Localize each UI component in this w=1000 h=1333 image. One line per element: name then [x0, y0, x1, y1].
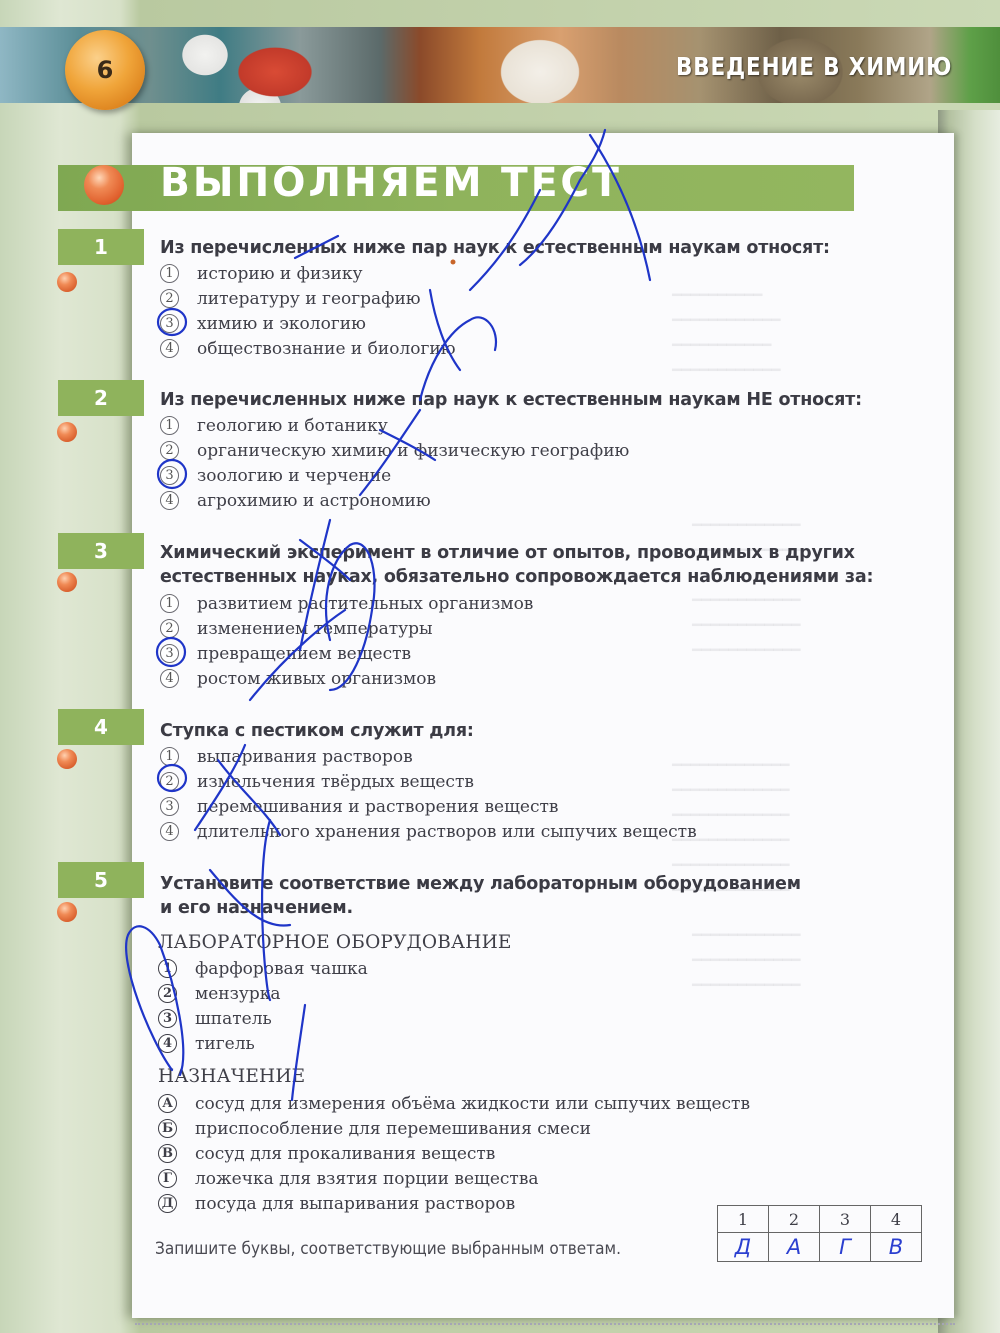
orange-ball-icon	[57, 749, 77, 769]
question-5-line-2: и его назначением.	[160, 896, 890, 920]
option-3[interactable]: 3превращением веществ	[160, 641, 533, 666]
purpose-heading: НАЗНАЧЕНИЕ	[158, 1066, 305, 1087]
item-marker: Г	[158, 1169, 177, 1188]
option-marker: 3	[160, 466, 179, 485]
option-marker: 2	[160, 441, 179, 460]
option-text: измельчения твёрдых веществ	[197, 772, 474, 792]
question-1-text: Из перечисленных ниже пар наук к естеств…	[160, 236, 890, 260]
option-text: агрохимию и астрономию	[197, 491, 431, 511]
option-text: перемешивания и растворения веществ	[197, 797, 558, 817]
option-marker: 4	[160, 822, 179, 841]
answer-table: 1 2 3 4 Д А Г В	[717, 1205, 922, 1262]
option-text: выпаривания растворов	[197, 747, 413, 767]
option-text: зоологию и черчение	[197, 466, 391, 486]
option-marker: 3	[160, 314, 179, 333]
question-number-1: 1	[58, 229, 144, 265]
equipment-item-3: 3шпатель	[158, 1006, 368, 1031]
question-3-text: Химический эксперимент в отличие от опыт…	[160, 541, 890, 589]
option-marker: 2	[160, 289, 179, 308]
purpose-list: Асосуд для измерения объёма жидкости или…	[158, 1091, 750, 1216]
option-marker: 1	[160, 594, 179, 613]
item-text: сосуд для измерения объёма жидкости или …	[195, 1094, 750, 1114]
equipment-item-4: 4тигель	[158, 1031, 368, 1056]
question-number-2: 2	[58, 380, 144, 416]
item-marker: 3	[158, 1009, 177, 1028]
answer-table-input-row: Д А Г В	[718, 1233, 922, 1262]
option-1[interactable]: 1выпаривания растворов	[160, 744, 697, 769]
question-4-text: Ступка с пестиком служит для:	[160, 719, 890, 743]
orange-ball-icon	[57, 902, 77, 922]
purpose-item-a: Асосуд для измерения объёма жидкости или…	[158, 1091, 750, 1116]
question-1-options: 1историю и физику 2литературу и географи…	[160, 261, 456, 361]
equipment-item-1: 1фарфоровая чашка	[158, 956, 368, 981]
option-2[interactable]: 2литературу и географию	[160, 286, 456, 311]
option-text: органическую химию и физическую географи…	[197, 441, 629, 461]
question-3-line-1: Химический эксперимент в отличие от опыт…	[160, 541, 890, 565]
item-text: шпатель	[195, 1009, 272, 1029]
option-text: ростом живых организмов	[197, 669, 436, 689]
purpose-item-v: Всосуд для прокаливания веществ	[158, 1141, 750, 1166]
item-text: мензурка	[195, 984, 281, 1004]
item-text: приспособление для перемешивания смеси	[195, 1119, 591, 1139]
item-marker: В	[158, 1144, 177, 1163]
bleed-through-text: ━━━━━━━━━━━━ ━━━━━━━━━━━━ ━━━━━━━━━━━━	[692, 923, 800, 998]
question-4-options: 1выпаривания растворов 2измельчения твёр…	[160, 744, 697, 844]
option-marker: 2	[160, 772, 179, 791]
option-3[interactable]: 3перемешивания и растворения веществ	[160, 794, 697, 819]
option-1[interactable]: 1геологию и ботанику	[160, 413, 629, 438]
item-text: тигель	[195, 1034, 255, 1054]
question-5-text: Установите соответствие между лабораторн…	[160, 872, 890, 920]
answer-header-cell: 3	[820, 1206, 871, 1233]
option-4[interactable]: 4длительного хранения растворов или сыпу…	[160, 819, 697, 844]
option-text: развитием растительных организмов	[197, 594, 533, 614]
equipment-list: 1фарфоровая чашка 2мензурка 3шпатель 4ти…	[158, 956, 368, 1056]
orange-ball-icon	[57, 272, 77, 292]
option-3[interactable]: 3химию и экологию	[160, 311, 456, 336]
orange-ball-icon	[57, 572, 77, 592]
answer-header-cell: 2	[769, 1206, 820, 1233]
option-marker: 3	[160, 644, 179, 663]
question-2-options: 1геологию и ботанику 2органическую химию…	[160, 413, 629, 513]
answer-input-cell[interactable]: Д	[718, 1233, 769, 1262]
option-4[interactable]: 4агрохимию и астрономию	[160, 488, 629, 513]
answer-header-cell: 4	[871, 1206, 922, 1233]
option-marker: 2	[160, 619, 179, 638]
item-marker: 2	[158, 984, 177, 1003]
option-4[interactable]: 4обществознание и биологию	[160, 336, 456, 361]
option-text: геологию и ботанику	[197, 416, 388, 436]
question-2-text: Из перечисленных ниже пар наук к естеств…	[160, 388, 890, 412]
option-marker: 1	[160, 264, 179, 283]
answer-instruction: Запишите буквы, соответствующие выбранны…	[155, 1239, 621, 1258]
option-text: химию и экологию	[197, 314, 366, 334]
option-marker: 4	[160, 339, 179, 358]
orange-ball-icon	[84, 165, 124, 205]
option-text: историю и физику	[197, 264, 363, 284]
page-number-badge: 6	[65, 30, 145, 110]
purpose-item-d: Дпосуда для выпаривания растворов	[158, 1191, 750, 1216]
option-2[interactable]: 2органическую химию и физическую географ…	[160, 438, 629, 463]
answer-input-cell[interactable]: А	[769, 1233, 820, 1262]
option-marker: 3	[160, 797, 179, 816]
option-2[interactable]: 2изменением температуры	[160, 616, 533, 641]
item-text: фарфоровая чашка	[195, 959, 368, 979]
option-text: превращением веществ	[197, 644, 411, 664]
option-text: изменением температуры	[197, 619, 433, 639]
answer-input-cell[interactable]: Г	[820, 1233, 871, 1262]
item-marker: Б	[158, 1119, 177, 1138]
option-text: длительного хранения растворов или сыпуч…	[197, 822, 697, 842]
option-1[interactable]: 1историю и физику	[160, 261, 456, 286]
answer-table-header-row: 1 2 3 4	[718, 1206, 922, 1233]
question-number-3: 3	[58, 533, 144, 569]
item-text: сосуд для прокаливания веществ	[195, 1144, 495, 1164]
question-5-line-1: Установите соответствие между лабораторн…	[160, 872, 890, 896]
option-text: литературу и географию	[197, 289, 421, 309]
option-marker: 1	[160, 747, 179, 766]
option-marker: 1	[160, 416, 179, 435]
answer-input-cell[interactable]: В	[871, 1233, 922, 1262]
option-4[interactable]: 4ростом живых организмов	[160, 666, 533, 691]
purpose-item-g: Гложечка для взятия порции вещества	[158, 1166, 750, 1191]
section-title: ВЫПОЛНЯЕМ ТЕСТ	[160, 160, 622, 206]
question-number-5: 5	[58, 862, 144, 898]
option-2[interactable]: 2измельчения твёрдых веществ	[160, 769, 697, 794]
question-number-4: 4	[58, 709, 144, 745]
question-3-line-2: естественных науках, обязательно сопрово…	[160, 565, 890, 589]
item-text: посуда для выпаривания растворов	[195, 1194, 515, 1214]
item-marker: 1	[158, 959, 177, 978]
option-3[interactable]: 3зоологию и черчение	[160, 463, 629, 488]
option-marker: 4	[160, 491, 179, 510]
purpose-item-b: Бприспособление для перемешивания смеси	[158, 1116, 750, 1141]
item-marker: Д	[158, 1194, 177, 1213]
item-text: ложечка для взятия порции вещества	[195, 1169, 539, 1189]
equipment-item-2: 2мензурка	[158, 981, 368, 1006]
option-1[interactable]: 1развитием растительных организмов	[160, 591, 533, 616]
chapter-title: ВВЕДЕНИЕ В ХИМИЮ	[676, 52, 952, 81]
perforation-edge	[135, 1323, 955, 1325]
orange-ball-icon	[57, 422, 77, 442]
answer-header-cell: 1	[718, 1206, 769, 1233]
item-marker: 4	[158, 1034, 177, 1053]
option-marker: 4	[160, 669, 179, 688]
question-3-options: 1развитием растительных организмов 2изме…	[160, 591, 533, 691]
bleed-through-text: ━━━━━━━━━━ ━━━━━━━━━━━━ ━━━━━━━━━━━ ━━━━…	[672, 283, 780, 383]
equipment-heading: ЛАБОРАТОРНОЕ ОБОРУДОВАНИЕ	[158, 932, 512, 953]
item-marker: А	[158, 1094, 177, 1113]
option-text: обществознание и биологию	[197, 339, 456, 359]
